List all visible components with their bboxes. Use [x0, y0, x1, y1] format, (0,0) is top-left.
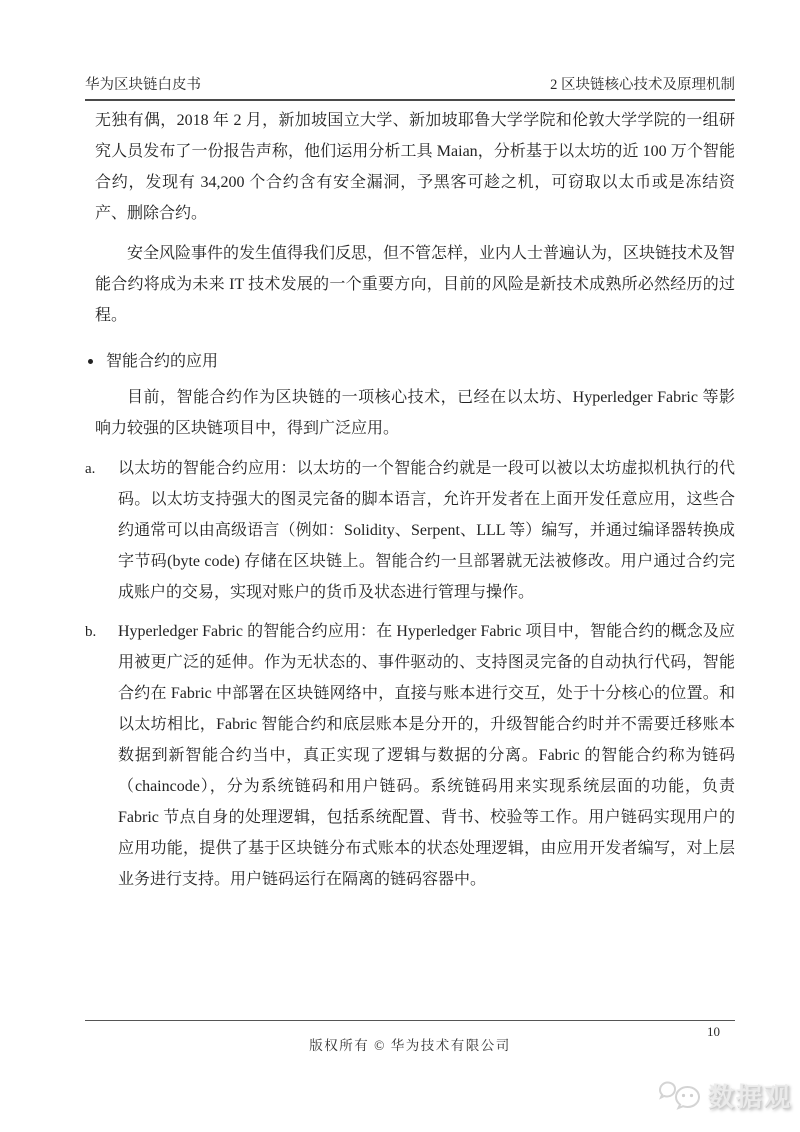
document-page: 华为区块链白皮书 2 区块链核心技术及原理机制 无独有偶，2018 年 2 月，…	[0, 0, 800, 1132]
header-document-title: 华为区块链白皮书	[85, 73, 201, 94]
watermark: 数据观	[657, 1077, 792, 1114]
page-header: 华为区块链白皮书 2 区块链核心技术及原理机制	[85, 73, 735, 101]
paragraph: 无独有偶，2018 年 2 月，新加坡国立大学、新加坡耶鲁大学学院和伦敦大学学院…	[95, 105, 735, 229]
bullet-icon	[88, 359, 93, 364]
paragraph: 目前，智能合约作为区块链的一项核心技术，已经在以太坊、Hyperledger F…	[95, 382, 735, 444]
copyright-notice: 版权所有 © 华为技术有限公司	[85, 1034, 735, 1054]
page-body: 无独有偶，2018 年 2 月，新加坡国立大学、新加坡耶鲁大学学院和伦敦大学学院…	[85, 105, 735, 903]
header-chapter-title: 2 区块链核心技术及原理机制	[550, 73, 735, 94]
bullet-heading: 智能合约的应用	[88, 346, 735, 377]
bullet-heading-label: 智能合约的应用	[106, 346, 218, 377]
list-item-a: a. 以太坊的智能合约应用：以太坊的一个智能合约就是一段可以被以太坊虚拟机执行的…	[85, 453, 735, 608]
list-item-text: Hyperledger Fabric 的智能合约应用：在 Hyperledger…	[118, 616, 735, 895]
list-item-b: b. Hyperledger Fabric 的智能合约应用：在 Hyperled…	[85, 616, 735, 895]
list-item-text: 以太坊的智能合约应用：以太坊的一个智能合约就是一段可以被以太坊虚拟机执行的代码。…	[118, 453, 735, 608]
footer-divider	[85, 1020, 735, 1021]
paragraph: 安全风险事件的发生值得我们反思，但不管怎样，业内人士普遍认为，区块链技术及智能合…	[95, 238, 735, 331]
chat-bubbles-icon	[657, 1078, 703, 1114]
list-item-marker: a.	[85, 453, 118, 608]
watermark-brand-text: 数据观	[708, 1077, 792, 1114]
list-item-marker: b.	[85, 616, 118, 895]
